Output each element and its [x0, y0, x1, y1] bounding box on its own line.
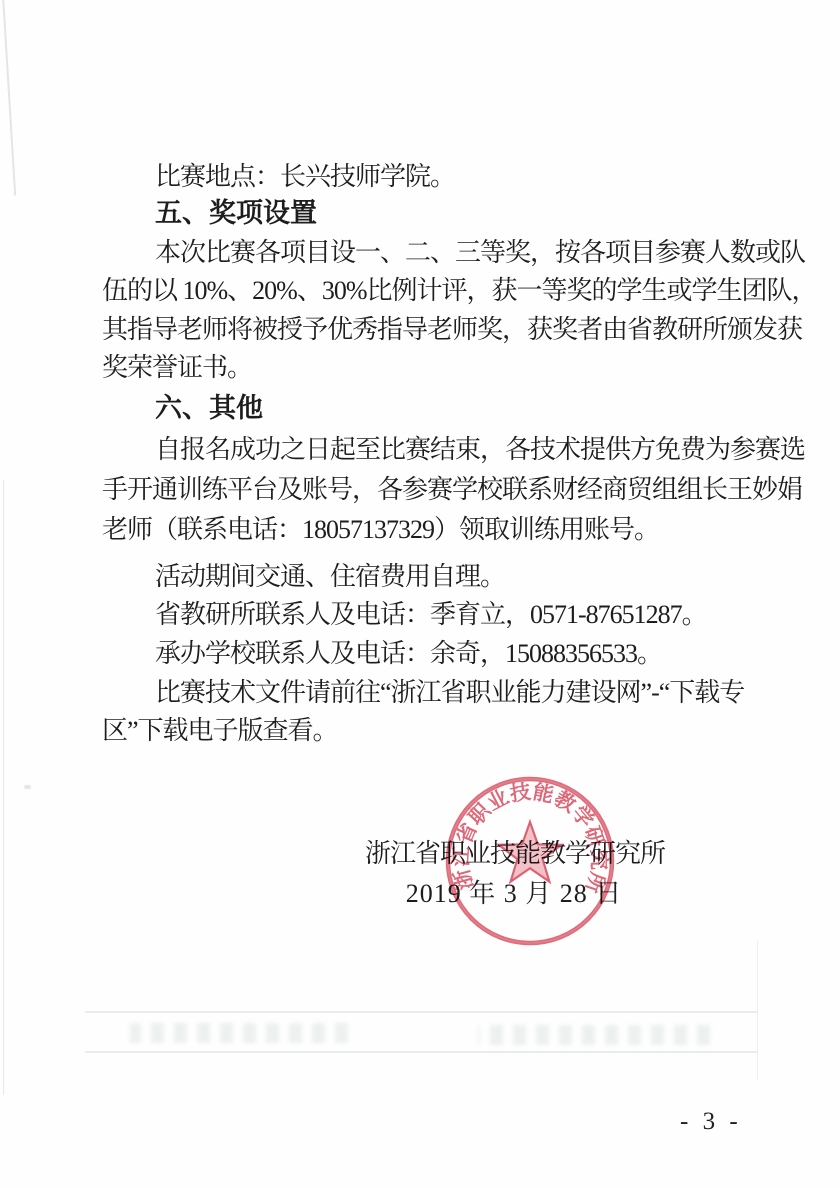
bleedthrough-rule	[85, 1011, 757, 1013]
paragraph-line: 自报名成功之日起至比赛结束，各技术提供方免费为参赛选	[102, 433, 800, 467]
scan-edge-line-right	[757, 940, 758, 1080]
page-number: - 3 -	[680, 1108, 742, 1136]
signature-organization: 浙江省职业技能教学研究所	[0, 833, 840, 870]
scan-speck-artifact	[24, 785, 31, 789]
paragraph-line: 老师（联系电话：18057137329）领取训练用账号。	[102, 513, 747, 547]
official-red-seal: 浙江省职业技能教学研究所	[440, 771, 620, 951]
paragraph-line: 比赛地点：长兴技师学院。	[102, 160, 800, 194]
bleedthrough-text-artifact	[130, 1023, 348, 1043]
scan-crease-artifact	[2, 0, 16, 196]
paragraph-line: 比赛技术文件请前往“浙江省职业能力建设网”-“下载专	[102, 676, 800, 710]
star-icon	[499, 822, 562, 882]
contact-line-host-school: 承办学校联系人及电话：余奇，15088356533。	[102, 637, 800, 671]
paragraph-line: 奖荣誉证书。	[102, 351, 747, 385]
paragraph-line: 伍的以 10%、20%、30%比例计评，获一等奖的学生或学生团队，	[102, 274, 747, 308]
scan-edge-line-left	[3, 480, 4, 1095]
paragraph-line: 其指导老师将被授予优秀指导老师奖，获奖者由省教研所颁发获	[102, 313, 747, 347]
paragraph-line: 手开通训练平台及账号，各参赛学校联系财经商贸组组长王妙娟	[102, 473, 747, 507]
paragraph-line: 活动期间交通、住宿费用自理。	[102, 560, 800, 594]
section-heading-other: 六、其他	[102, 391, 800, 425]
signature-date: 2019 年 3 月 28 日	[0, 873, 840, 910]
paragraph-line: 区”下载电子版查看。	[102, 714, 747, 748]
scanned-document-page: 比赛地点：长兴技师学院。 五、奖项设置 本次比赛各项目设一、二、三等奖，按各项目…	[0, 0, 840, 1188]
contact-line-research-institute: 省教研所联系人及电话：季育立，0571-87651287。	[102, 598, 800, 632]
bleedthrough-text-artifact	[478, 1025, 710, 1045]
bleedthrough-rule	[85, 1051, 757, 1053]
paragraph-line: 本次比赛各项目设一、二、三等奖，按各项目参赛人数或队	[102, 236, 800, 270]
section-heading-awards: 五、奖项设置	[102, 196, 800, 230]
